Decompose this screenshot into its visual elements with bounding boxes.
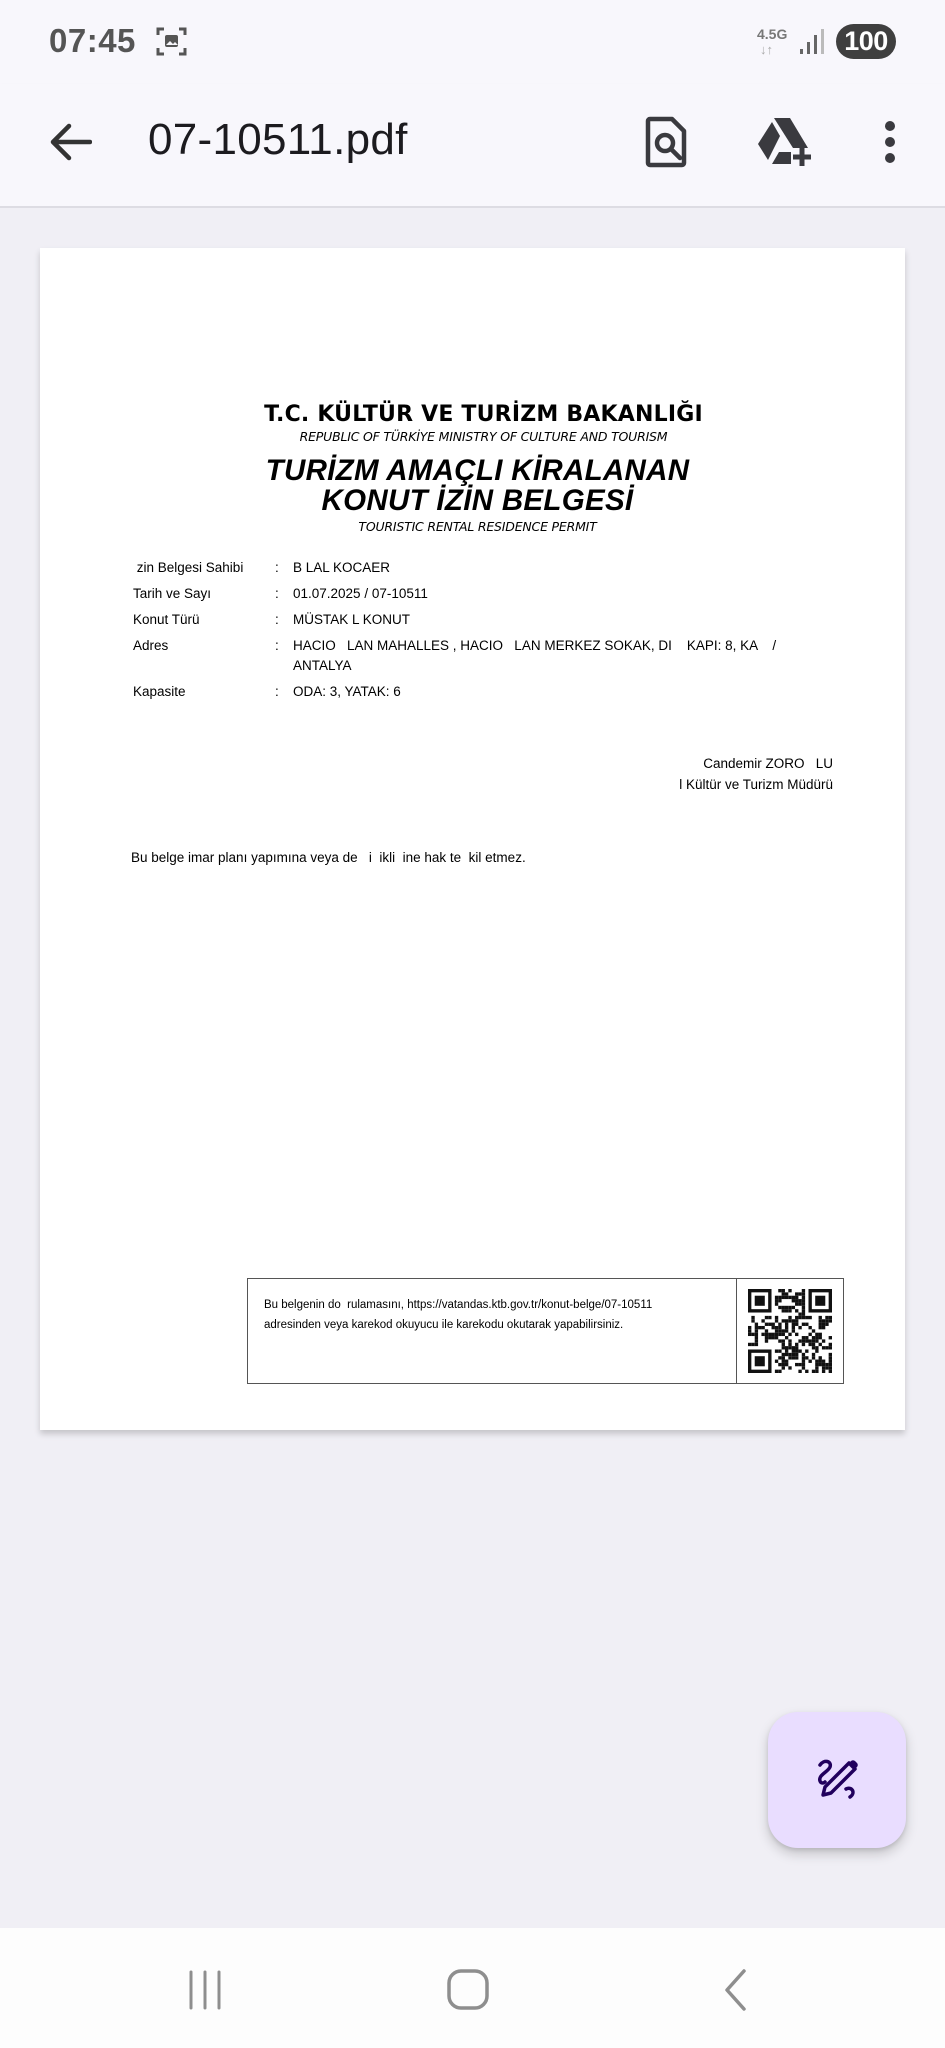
field-value: 01.07.2025 / 07-10511 bbox=[293, 584, 873, 604]
field-label: Konut Türü bbox=[133, 610, 273, 630]
legal-note: Bu belge imar planı yapımına veya de i i… bbox=[131, 850, 526, 865]
add-to-drive-button[interactable] bbox=[755, 112, 815, 172]
field-colon: : bbox=[273, 636, 293, 676]
ministry-heading: T.C. KÜLTÜR VE TURİZM BAKANLIĞI bbox=[40, 402, 905, 427]
field-label: zin Belgesi Sahibi bbox=[133, 558, 273, 578]
more-options-button[interactable] bbox=[860, 112, 920, 172]
field-label: Adres bbox=[133, 636, 273, 676]
ministry-heading-en: REPUBLIC OF TÜRKİYE MINISTRY OF CULTURE … bbox=[40, 429, 905, 444]
file-title: 07-10511.pdf bbox=[148, 115, 408, 165]
field-value: MÜSTAK L KONUT bbox=[293, 610, 873, 630]
annotate-button[interactable] bbox=[768, 1712, 906, 1848]
back-arrow-icon bbox=[48, 122, 92, 162]
home-button[interactable] bbox=[428, 1960, 508, 2020]
field-value: ODA: 3, YATAK: 6 bbox=[293, 682, 873, 702]
field-label: Kapasite bbox=[133, 682, 273, 702]
qr-code-icon bbox=[748, 1289, 832, 1373]
more-vert-icon bbox=[884, 120, 896, 164]
field-row-address: Adres : HACIO LAN MAHALLES , HACIO LAN M… bbox=[133, 636, 873, 676]
network-type: 4.5G bbox=[757, 27, 787, 41]
signature-block: Candemir ZORO LU l Kültür ve Turizm Müdü… bbox=[679, 753, 833, 795]
find-in-file-icon bbox=[645, 116, 689, 168]
home-icon bbox=[446, 1969, 490, 2011]
pdf-page[interactable]: T.C. KÜLTÜR VE TURİZM BAKANLIĞI REPUBLIC… bbox=[40, 248, 905, 1430]
pdf-viewer[interactable]: T.C. KÜLTÜR VE TURİZM BAKANLIĞI REPUBLIC… bbox=[0, 208, 945, 1928]
permit-fields: zin Belgesi Sahibi : B LAL KOCAER Tarih … bbox=[133, 558, 873, 708]
field-row-holder: zin Belgesi Sahibi : B LAL KOCAER bbox=[133, 558, 873, 578]
permit-title-en: TOURISTIC RENTAL RESIDENCE PERMIT bbox=[40, 519, 905, 534]
permit-title-line1: TURİZM AMAÇLI KİRALANAN bbox=[50, 456, 905, 486]
system-nav-bar bbox=[0, 1928, 945, 2048]
status-time: 07:45 bbox=[49, 22, 136, 60]
data-arrows-icon: ↓↑ bbox=[760, 42, 773, 57]
find-in-file-button[interactable] bbox=[637, 112, 697, 172]
field-row-date-number: Tarih ve Sayı : 01.07.2025 / 07-10511 bbox=[133, 584, 873, 604]
system-back-button[interactable] bbox=[695, 1960, 775, 2020]
qr-code-cell bbox=[737, 1279, 843, 1383]
field-value: B LAL KOCAER bbox=[293, 558, 873, 578]
field-colon: : bbox=[273, 584, 293, 604]
field-value: HACIO LAN MAHALLES , HACIO LAN MERKEZ SO… bbox=[293, 636, 873, 676]
signal-icon bbox=[798, 28, 824, 56]
annotate-pen-icon bbox=[812, 1755, 862, 1805]
field-row-capacity: Kapasite : ODA: 3, YATAK: 6 bbox=[133, 682, 873, 702]
drive-add-icon bbox=[756, 116, 814, 168]
back-icon bbox=[720, 1968, 750, 2012]
field-row-residence-type: Konut Türü : MÜSTAK L KONUT bbox=[133, 610, 873, 630]
document-content: T.C. KÜLTÜR VE TURİZM BAKANLIĞI REPUBLIC… bbox=[40, 248, 905, 1430]
field-label: Tarih ve Sayı bbox=[133, 584, 273, 604]
field-colon: : bbox=[273, 682, 293, 702]
signatory-title: l Kültür ve Turizm Müdürü bbox=[679, 774, 833, 795]
verification-box: Bu belgenin do rulamasını, https://vatan… bbox=[247, 1278, 844, 1384]
signatory-name: Candemir ZORO LU bbox=[679, 753, 833, 774]
permit-title-line2: KONUT İZİN BELGESİ bbox=[50, 486, 905, 516]
battery-indicator: 100 bbox=[836, 24, 896, 59]
permit-title: TURİZM AMAÇLI KİRALANAN KONUT İZİN BELGE… bbox=[40, 456, 905, 516]
back-button[interactable] bbox=[42, 114, 98, 170]
recent-apps-button[interactable] bbox=[165, 1960, 245, 2020]
app-bar: 07-10511.pdf bbox=[0, 84, 945, 208]
screenshot-icon bbox=[156, 26, 187, 57]
verification-text: Bu belgenin do rulamasını, https://vatan… bbox=[248, 1279, 737, 1383]
field-colon: : bbox=[273, 610, 293, 630]
recent-apps-icon bbox=[185, 1970, 225, 2010]
status-bar: 07:45 4.5G ↓↑ 100 bbox=[0, 0, 945, 84]
field-colon: : bbox=[273, 558, 293, 578]
